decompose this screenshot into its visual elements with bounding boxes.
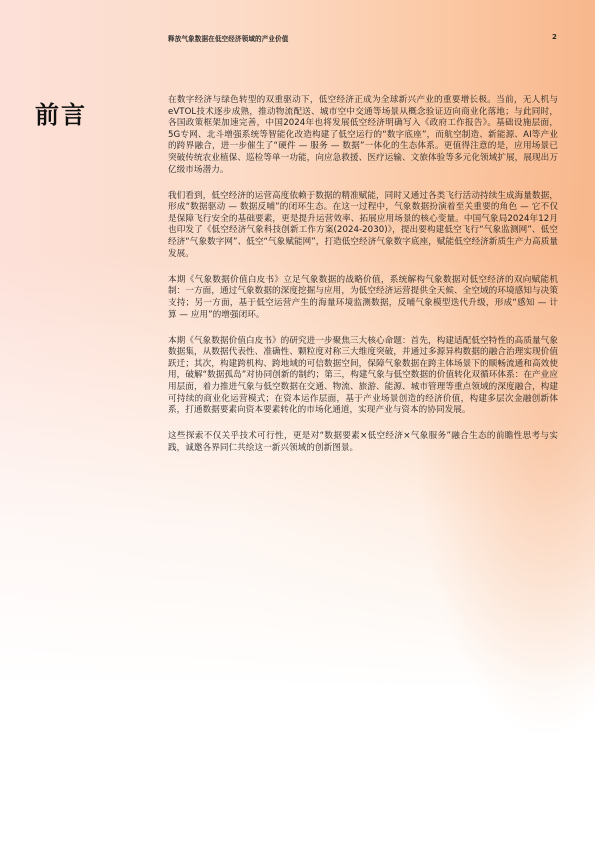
- page-number: 2: [552, 33, 557, 41]
- paragraph-4: 本期《气象数据价值白皮书》的研究进一步聚焦三大核心命题：首先，构建适配低空特性的…: [168, 336, 558, 417]
- paragraph-5: 这些探索不仅关乎技术可行性，更是对“数据要素×低空经济×气象服务”融合生态的前瞻…: [168, 431, 558, 454]
- document-page: 释放气象数据在低空经济领域的产业价值 2 前言 在数字经济与绿色转型的双重驱动下…: [0, 0, 595, 841]
- paragraph-1: 在数字经济与绿色转型的双重驱动下，低空经济正成为全球新兴产业的重要增长极。当前，…: [168, 95, 558, 176]
- section-title: 前言: [35, 95, 87, 130]
- paragraph-3: 本期《气象数据价值白皮书》立足气象数据的战略价值，系统解构气象数据对低空经济的双…: [168, 275, 558, 321]
- running-header-title: 释放气象数据在低空经济领域的产业价值: [168, 33, 289, 43]
- body-text: 在数字经济与绿色转型的双重驱动下，低空经济正成为全球新兴产业的重要增长极。当前，…: [168, 95, 558, 469]
- paragraph-2: 我们看到，低空经济的运营高度依赖于数据的精准赋能，同时又通过各类飞行活动持续生成…: [168, 191, 558, 261]
